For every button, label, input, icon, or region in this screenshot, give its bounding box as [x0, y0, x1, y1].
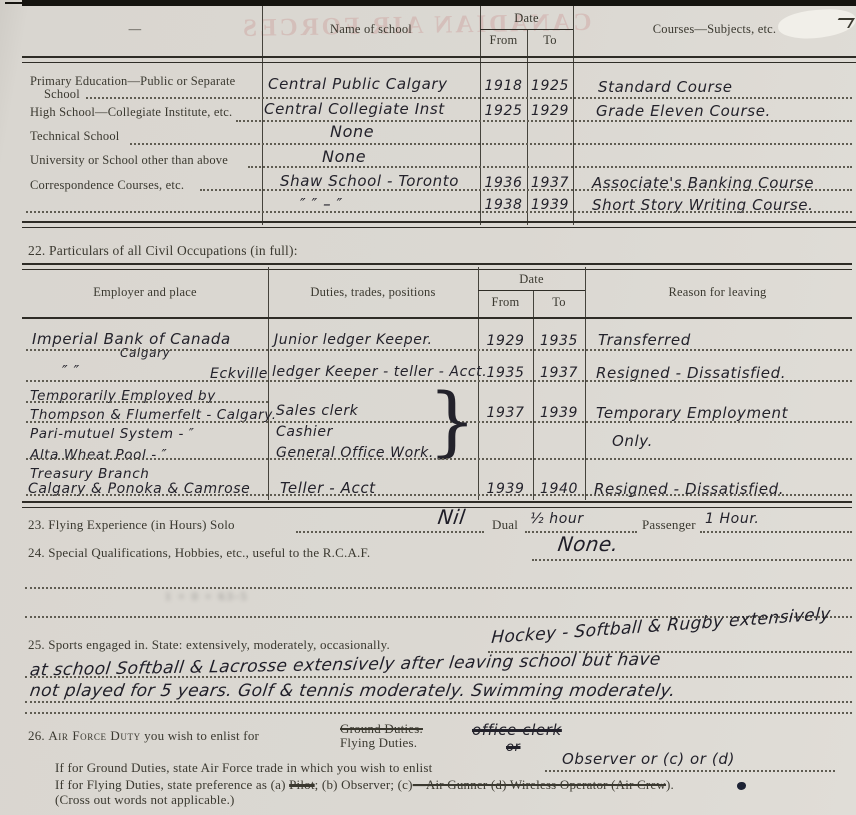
- section26-flying-line: If for Flying Duties, state preference a…: [55, 777, 674, 793]
- edu-row-label2: School: [44, 87, 80, 102]
- edu-to-value: 1925: [527, 78, 573, 94]
- scanned-enlistment-form: CANADIAN AIR FORCES — Name of school Dat…: [0, 0, 856, 815]
- occ-duties-value: Sales clerk: [276, 403, 358, 419]
- edu-row-rule: [236, 120, 852, 122]
- grouping-brace: }: [428, 376, 476, 465]
- section23-dual-label: Dual: [492, 517, 518, 533]
- section25-label: 25. Sports engaged in. State: extensivel…: [28, 637, 390, 653]
- edu-school-value: Central Collegiate Inst: [264, 100, 445, 118]
- section23-solo-value: Nil: [436, 505, 467, 529]
- occ-top-rule: [22, 263, 852, 270]
- section26-flying-duties: Flying Duties.: [340, 735, 417, 751]
- edu-row-rule: [200, 189, 852, 191]
- occ-employer-value: Alta Wheat Pool - ″: [30, 447, 167, 463]
- section26-rule: [545, 770, 835, 772]
- occ-header-reason: Reason for leaving: [585, 285, 850, 300]
- edu-header-date: Date: [480, 11, 573, 26]
- occ-col-line-1: [268, 267, 269, 500]
- edu-row-label: University or School other than above: [30, 153, 228, 168]
- edu-course-value: Standard Course: [598, 78, 733, 96]
- section25-line1: Hockey - Softball & Rugby extensively: [491, 604, 832, 648]
- occ-header-duties: Duties, trades, positions: [268, 285, 478, 300]
- occ-reason-value: Transferred: [598, 331, 691, 349]
- occ-header-from: From: [478, 295, 533, 310]
- edu-header-dash: —: [90, 22, 180, 37]
- edu-row-rule: [248, 166, 852, 168]
- edu-header-from: From: [480, 33, 527, 48]
- section23-dual-value: ½ hour: [530, 511, 584, 527]
- occ-employer-value: Pari-mutuel System - ″: [30, 426, 195, 442]
- occ-row-rule: [26, 349, 852, 351]
- edu-header-name: Name of school: [262, 22, 480, 37]
- ink-blot: [737, 782, 746, 790]
- section25-rule-2: [25, 676, 852, 678]
- section23-passenger-value: 1 Hour.: [705, 511, 759, 527]
- occ-reason-value: Only.: [612, 432, 653, 450]
- edu-row-rule: [130, 143, 852, 145]
- occ-from-value: 1929: [478, 333, 533, 349]
- occ-to-value: 1935: [533, 333, 585, 349]
- section26-gunner-struck: —Air Gunner (d) Wireless Operator (Air C…: [413, 777, 666, 792]
- occ-col-line-3: [533, 291, 534, 500]
- edu-course-value: Grade Eleven Course.: [596, 102, 771, 120]
- edu-from-value: 1925: [480, 103, 527, 119]
- section26-mid: ; (b) Observer; (c): [315, 777, 413, 792]
- section25-line3: not played for 5 years. Golf & tennis mo…: [30, 681, 675, 701]
- stamp-smudge: 1 + 0 + 63-5: [165, 589, 249, 604]
- table-top-border: [22, 0, 856, 6]
- section23-rule-1: [296, 531, 484, 533]
- section26-num: 26.: [28, 728, 45, 743]
- edu-school-value: Central Public Calgary: [268, 75, 448, 93]
- section25-line1-text: Hockey - Softball & Rugby extensively: [491, 604, 832, 648]
- edu-col-line-4: [573, 6, 574, 225]
- blank-rule-1: [25, 587, 852, 589]
- section26-note: (Cross out words not applicable.): [55, 792, 235, 808]
- edu-header-bottom-rule: [22, 56, 856, 63]
- section26-label-caps: Air Force Duty: [48, 728, 140, 743]
- section23-rule-3: [700, 531, 852, 533]
- section26-hand-struck-2: or: [506, 740, 521, 755]
- edu-row-label: Technical School: [30, 129, 119, 144]
- section26-ground-line-value: Observer or (c) or (d): [562, 750, 735, 768]
- occ-duties-value: Cashier: [276, 424, 333, 440]
- occ-col-line-4: [585, 267, 586, 500]
- edu-date-underline: [480, 29, 573, 30]
- edu-school-value: None: [330, 122, 374, 141]
- section26-hand-struck-1: office clerk: [472, 721, 562, 739]
- edu-school-value: Shaw School - Toronto: [280, 172, 459, 190]
- section25-rule-4: [25, 712, 852, 714]
- occ-reason-value: Temporary Employment: [596, 404, 788, 422]
- occ-from-value: 1937: [478, 405, 533, 421]
- occ-from-value: 1935: [478, 365, 533, 381]
- section22-heading: 22. Particulars of all Civil Occupations…: [28, 243, 298, 259]
- edu-to-value: 1929: [527, 103, 573, 119]
- occ-duties-value: Junior ledger Keeper.: [274, 332, 433, 348]
- edu-header-courses: Courses—Subjects, etc.: [573, 22, 856, 37]
- occ-date-underline: [478, 290, 585, 291]
- occ-row-rule: [26, 494, 852, 496]
- edu-from-value: 1918: [480, 78, 527, 94]
- occ-to-value: 1937: [533, 365, 585, 381]
- section24-rule: [532, 559, 852, 561]
- occ-header-to: To: [533, 295, 585, 310]
- edu-row-label: High School—Collegiate Institute, etc.: [30, 105, 232, 120]
- section25-line3-text: not played for 5 years. Golf & tennis mo…: [29, 681, 677, 701]
- section26-label-rest: you wish to enlist for: [141, 728, 259, 743]
- section26-pilot-struck: Pilot: [289, 777, 315, 792]
- edu-header-to: To: [527, 33, 573, 48]
- occ-header-employer: Employer and place: [22, 285, 268, 300]
- section23-label: 23. Flying Experience (in Hours) Solo: [28, 517, 235, 533]
- edu-school-value: None: [322, 147, 366, 166]
- occ-partial-rule: [26, 401, 268, 403]
- section26-flying-prefix: If for Flying Duties, state preference a…: [55, 777, 286, 792]
- edu-row-label: Correspondence Courses, etc.: [30, 178, 184, 193]
- edu-row-rule: [26, 211, 852, 213]
- section24-value: None.: [556, 532, 620, 556]
- edu-bottom-rule: [22, 221, 856, 228]
- occ-header-date: Date: [478, 272, 585, 287]
- occ-header-bottom-rule: [22, 317, 852, 319]
- occ-employer-value: Treasury Branch: [30, 466, 149, 482]
- section25-rule-3: [25, 701, 852, 703]
- edu-row-rule: [86, 97, 852, 99]
- occ-to-value: 1939: [533, 405, 585, 421]
- section26-label: 26. Air Force Duty you wish to enlist fo…: [28, 728, 259, 744]
- table-top-border-left: [5, 2, 22, 4]
- section23-passenger-label: Passenger: [642, 517, 696, 533]
- section26-suffix: ).: [666, 777, 674, 792]
- occ-bottom-rule: [22, 501, 852, 508]
- section24-label: 24. Special Qualifications, Hobbies, etc…: [28, 545, 370, 561]
- section26-ground-line-label: If for Ground Duties, state Air Force tr…: [55, 760, 432, 776]
- edu-col-line-1: [262, 6, 263, 225]
- occ-row-rule: [26, 458, 852, 460]
- occ-employer-value: ″ ″: [62, 362, 80, 380]
